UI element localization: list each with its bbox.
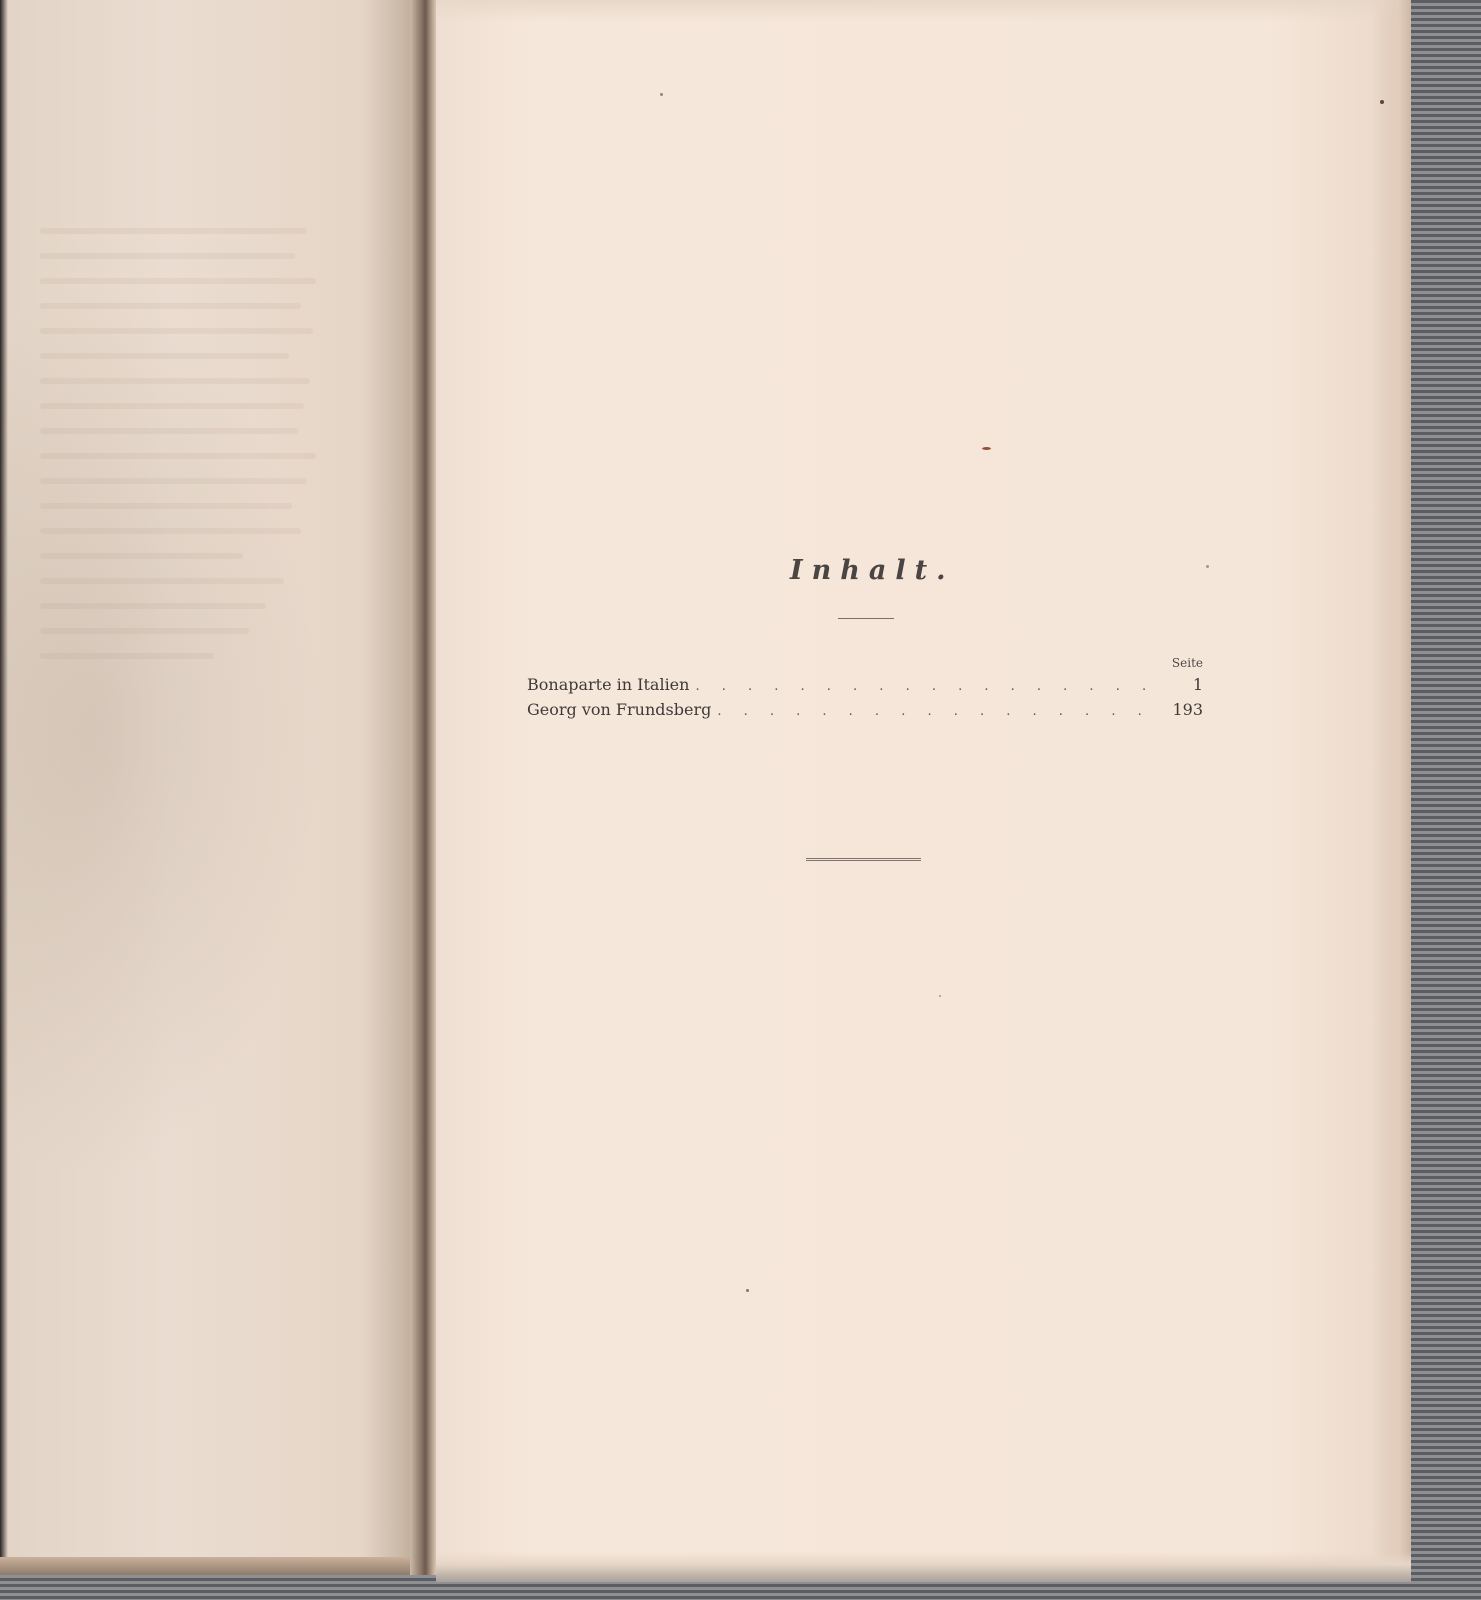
end-rule [806,858,921,861]
page-bottom-edge [436,1552,1411,1582]
left-page [0,0,425,1575]
book-gutter [410,0,438,1575]
paper-speck [1206,565,1209,568]
toc-entry-title: Georg von Frundsberg [527,697,717,722]
right-page [436,0,1411,1582]
toc-entry-title: Bonaparte in Italien [527,672,695,697]
toc-entry: Bonaparte in Italien . . . . . . . . . .… [527,672,1203,697]
toc-entry: Georg von Frundsberg . . . . . . . . . .… [527,697,1203,722]
book-scan: Inhalt. Seite Bonaparte in Italien . . .… [0,0,1481,1600]
table-of-contents: Seite Bonaparte in Italien . . . . . . .… [527,654,1203,722]
paper-speck [660,93,663,96]
page-top-edge [436,0,1411,22]
paper-speck [746,1289,749,1292]
toc-column-header: Seite [527,654,1203,672]
title-rule [838,618,894,619]
page-edge [0,1557,425,1575]
toc-dot-leader: . . . . . . . . . . . . . . . . . . . . … [717,699,1161,724]
paper-speck [1380,100,1384,104]
paper-speck [939,995,941,997]
toc-entry-page: 193 [1161,697,1203,722]
show-through-text [40,228,330,678]
toc-dot-leader: . . . . . . . . . . . . . . . . . . . . … [695,674,1161,699]
page-title: Inhalt. [790,555,960,586]
paper-speck [982,447,991,450]
toc-entry-page: 1 [1161,672,1203,697]
page-right-edge [1371,0,1411,1582]
